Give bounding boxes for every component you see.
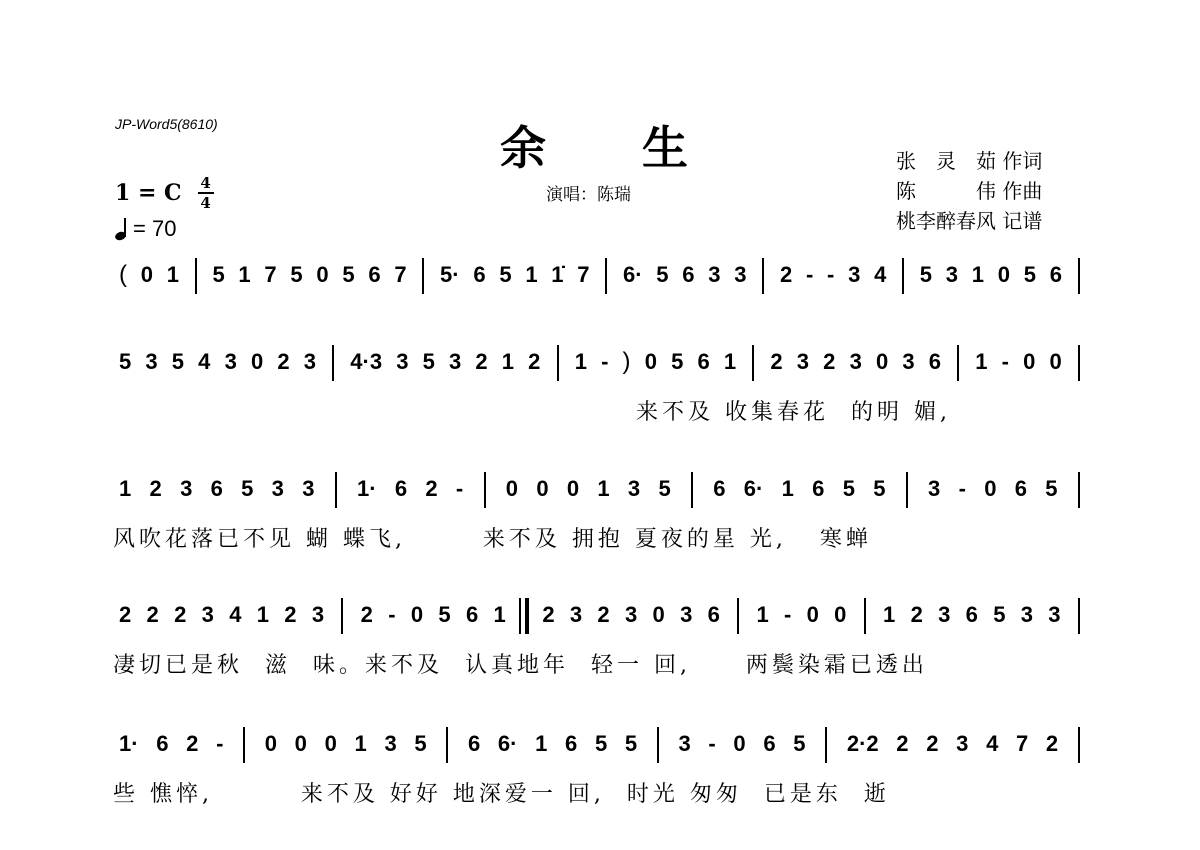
note: 1 <box>349 727 373 773</box>
note: 1 <box>776 472 800 518</box>
note: 0 <box>978 472 1002 518</box>
note: 1 <box>232 258 256 304</box>
note: 1· <box>351 472 383 518</box>
performer-label: 演唱：陈瑞 <box>546 180 631 205</box>
note: 3 <box>564 598 588 644</box>
barline <box>1078 345 1080 381</box>
note: 5 <box>652 472 676 518</box>
barline <box>825 727 827 763</box>
note: 1 <box>750 598 774 644</box>
note: 2 <box>469 345 493 391</box>
barline <box>605 258 607 294</box>
note: 6 <box>467 258 491 304</box>
note: 0 <box>135 258 159 304</box>
note: 6 <box>205 472 229 518</box>
note: 3 <box>932 598 956 644</box>
note: 1 <box>161 258 185 304</box>
quarter-note-icon <box>115 218 129 240</box>
score-line-4: 222341232-056123230361-001236533 凄切已是秋 滋… <box>113 598 1088 679</box>
note: 2 <box>113 598 137 644</box>
lyricist-credit: 张 灵 茹 作词 <box>896 146 1042 176</box>
note: 3 <box>842 258 866 304</box>
note: 0 <box>530 472 554 518</box>
note: 5 <box>206 258 230 304</box>
note: 2 <box>144 472 168 518</box>
note: 6 <box>150 727 174 773</box>
note: 3 <box>674 598 698 644</box>
score-line-3: 12365331·62-00013566·16553-065 风吹花落已不见 蝴… <box>113 472 1088 553</box>
note: 6 <box>676 258 700 304</box>
note: 5· <box>434 258 466 304</box>
note: 2 <box>774 258 798 304</box>
note: 6 <box>1044 258 1068 304</box>
barline <box>1078 472 1080 508</box>
note: 0 <box>561 472 585 518</box>
barline <box>1078 598 1080 634</box>
note: 1· <box>113 727 145 773</box>
note: 5 <box>650 258 674 304</box>
lyrics: 些 憔悴, 来不及 好好 地深爱一 回, 时光 匆匆 已是东 逝 <box>113 777 1088 808</box>
note: 5 <box>1039 472 1063 518</box>
note: 3 <box>306 598 330 644</box>
note: - <box>702 727 721 773</box>
note: 2 <box>905 598 929 644</box>
note: 3 <box>728 258 752 304</box>
note: 5 <box>914 258 938 304</box>
note: 3 <box>1042 598 1066 644</box>
note: 3 <box>622 472 646 518</box>
tempo-marking: = 70 <box>115 216 176 242</box>
barline <box>752 345 754 381</box>
note: 2 <box>271 345 295 391</box>
note: 1 <box>877 598 901 644</box>
note: - <box>210 727 229 773</box>
note: 3 <box>443 345 467 391</box>
note: 0 <box>1044 345 1068 391</box>
note: 2 <box>1040 727 1064 773</box>
song-title: 余生 <box>500 112 784 178</box>
note: 5 <box>417 345 441 391</box>
repeat-start-barline <box>519 598 529 634</box>
key-label: 1 = C <box>115 180 182 206</box>
barline <box>737 598 739 634</box>
note: 6 <box>923 345 947 391</box>
note: 7 <box>258 258 282 304</box>
note: 0 <box>801 598 825 644</box>
note: 1 <box>487 598 511 644</box>
barline <box>657 727 659 763</box>
notes: 1·62-00013566·16553-0652·2223472 <box>113 727 1088 773</box>
barline <box>243 727 245 763</box>
note: 0 <box>639 345 663 391</box>
note: 4 <box>223 598 247 644</box>
note: 6 <box>757 727 781 773</box>
note: 3 <box>390 345 414 391</box>
note: - <box>953 472 972 518</box>
note: 2 <box>278 598 302 644</box>
notes: 222341232-056123230361-001236533 <box>113 598 1088 644</box>
note: 4 <box>868 258 892 304</box>
notes: 12365331·62-00013566·16553-065 <box>113 472 1088 518</box>
barline <box>341 598 343 634</box>
barline <box>906 472 908 508</box>
lyrics: 凄切已是秋 滋 味。来不及 认真地年 轻一 回, 两鬓染霜已透出 <box>113 648 1088 679</box>
barline <box>484 472 486 508</box>
note: 1 <box>519 258 543 304</box>
software-label: JP-Word5(8610) <box>115 116 218 132</box>
note: 1 <box>969 345 993 391</box>
note: 0 <box>828 598 852 644</box>
score-line-5: 1·62-00013566·16553-0652·2223472 些 憔悴, 来… <box>113 727 1088 808</box>
note: 6 <box>702 598 726 644</box>
note: 2 <box>817 345 841 391</box>
note: 0 <box>500 472 524 518</box>
notes: 535430234·33532121-)056123230361-00 <box>113 345 1088 391</box>
note: 0 <box>310 258 334 304</box>
note: 3 <box>296 472 320 518</box>
note: 1̇ <box>545 258 569 304</box>
credits-block: 张 灵 茹 作词 陈 伟 作曲 桃李醉春风 记谱 <box>896 146 1042 236</box>
note: 2·2 <box>841 727 885 773</box>
note: 2 <box>522 345 546 391</box>
note: - <box>382 598 401 644</box>
composer-credit: 陈 伟 作曲 <box>896 176 1042 206</box>
note: 0 <box>727 727 751 773</box>
note: 6· <box>738 472 770 518</box>
note: 6 <box>960 598 984 644</box>
note: 7 <box>1010 727 1034 773</box>
note: 0 <box>259 727 283 773</box>
note: 0 <box>289 727 313 773</box>
barline <box>557 345 559 381</box>
note: - <box>450 472 469 518</box>
note: 7 <box>388 258 412 304</box>
score-line-1: (01517505675·6511̇76·56332--34531056 <box>113 258 1088 304</box>
note: 6 <box>462 727 486 773</box>
barline <box>422 258 424 294</box>
note: 6 <box>806 472 830 518</box>
barline <box>332 345 334 381</box>
note: 3 <box>844 345 868 391</box>
note: 6 <box>1009 472 1033 518</box>
barline <box>335 472 337 508</box>
lyrics: 风吹花落已不见 蝴 蝶飞, 来不及 拥抱 夏夜的星 光, 寒蝉 <box>113 522 1088 553</box>
note: 3 <box>940 258 964 304</box>
note: 3 <box>174 472 198 518</box>
note: 1 <box>569 345 593 391</box>
note: 3 <box>378 727 402 773</box>
note: 5 <box>235 472 259 518</box>
note: 4 <box>192 345 216 391</box>
note: 6 <box>691 345 715 391</box>
note: 2 <box>920 727 944 773</box>
note: 6 <box>460 598 484 644</box>
note: 5 <box>665 345 689 391</box>
note: 1 <box>966 258 990 304</box>
barline <box>762 258 764 294</box>
note: 5 <box>408 727 432 773</box>
note: 2 <box>591 598 615 644</box>
note: 3 <box>896 345 920 391</box>
note: 2 <box>764 345 788 391</box>
note: 1 <box>113 472 137 518</box>
note: 0 <box>647 598 671 644</box>
barline <box>902 258 904 294</box>
note: 5 <box>987 598 1011 644</box>
note: ) <box>617 345 637 391</box>
note: 3 <box>196 598 220 644</box>
note: - <box>595 345 614 391</box>
note: 0 <box>1017 345 1041 391</box>
note: 0 <box>992 258 1016 304</box>
note: 5 <box>1018 258 1042 304</box>
note: 2 <box>180 727 204 773</box>
note: 1 <box>496 345 520 391</box>
note: 5 <box>619 727 643 773</box>
note: 6· <box>492 727 524 773</box>
note: 0 <box>405 598 429 644</box>
note: 3 <box>298 345 322 391</box>
note: 5 <box>166 345 190 391</box>
note: 3 <box>619 598 643 644</box>
note: 3 <box>266 472 290 518</box>
note: 1 <box>529 727 553 773</box>
note: 2 <box>536 598 560 644</box>
barline <box>957 345 959 381</box>
note: 2 <box>419 472 443 518</box>
note: ( <box>113 258 133 304</box>
score-line-2: 535430234·33532121-)056123230361-00 来不及 … <box>113 345 1088 426</box>
note: 0 <box>319 727 343 773</box>
note: 5 <box>787 727 811 773</box>
note: 2 <box>355 598 379 644</box>
note: 6 <box>362 258 386 304</box>
barline <box>691 472 693 508</box>
note: 2 <box>168 598 192 644</box>
note: 5 <box>493 258 517 304</box>
note: - <box>821 258 840 304</box>
note: 3 <box>950 727 974 773</box>
note: 5 <box>867 472 891 518</box>
note: 1 <box>251 598 275 644</box>
note: 7 <box>571 258 595 304</box>
note: - <box>996 345 1015 391</box>
note: 2 <box>890 727 914 773</box>
note: 2 <box>141 598 165 644</box>
lyrics: 来不及 收集春花 的明 媚, <box>113 395 1088 426</box>
note: 3 <box>791 345 815 391</box>
note: 4 <box>980 727 1004 773</box>
note: 3 <box>702 258 726 304</box>
note: 6 <box>559 727 583 773</box>
note: 5 <box>336 258 360 304</box>
note: 5 <box>284 258 308 304</box>
note: 3 <box>219 345 243 391</box>
notes: (01517505675·6511̇76·56332--34531056 <box>113 258 1088 304</box>
note: 6· <box>617 258 649 304</box>
note: - <box>800 258 819 304</box>
barline <box>1078 258 1080 294</box>
key-signature: 1 = C 4 4 <box>115 176 214 210</box>
transcriber-credit: 桃李醉春风 记谱 <box>896 206 1042 236</box>
time-signature: 4 4 <box>198 176 214 210</box>
barline <box>195 258 197 294</box>
note: 5 <box>432 598 456 644</box>
note: 3 <box>922 472 946 518</box>
barline <box>864 598 866 634</box>
note: 3 <box>139 345 163 391</box>
note: 0 <box>870 345 894 391</box>
note: 3 <box>672 727 696 773</box>
note: 6 <box>389 472 413 518</box>
note: 5 <box>589 727 613 773</box>
note: 3 <box>1015 598 1039 644</box>
note: 5 <box>837 472 861 518</box>
note: - <box>778 598 797 644</box>
note: 1 <box>718 345 742 391</box>
note: 6 <box>707 472 731 518</box>
note: 0 <box>245 345 269 391</box>
note: 1 <box>591 472 615 518</box>
barline <box>1078 727 1080 763</box>
note: 4·3 <box>344 345 388 391</box>
note: 5 <box>113 345 137 391</box>
barline <box>446 727 448 763</box>
